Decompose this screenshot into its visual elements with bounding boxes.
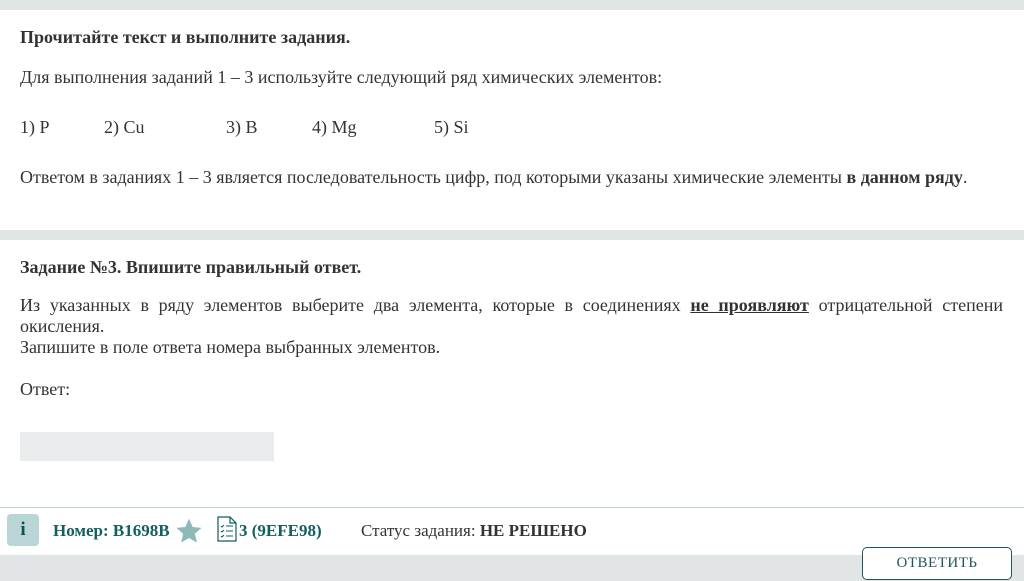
task-number: Номер: B1698B (53, 520, 170, 541)
task-line-3: Запишите в поле ответа номера выбранных … (20, 337, 1003, 358)
conclusion-end: . (963, 167, 968, 187)
answer-label: Ответ: (20, 379, 70, 400)
info-icon: i (20, 519, 25, 541)
info-button[interactable]: i (7, 514, 39, 546)
intro-conclusion: Ответом в заданиях 1 – 3 является послед… (20, 167, 967, 188)
task-line-1: Из указанных в ряду элементов выберите д… (20, 295, 1003, 316)
element-item: 3) B (226, 117, 258, 138)
element-item: 5) Si (434, 117, 469, 138)
element-item: 1) P (20, 117, 50, 138)
task-text: отрицательной степени (809, 295, 1003, 315)
task-emphasis: не проявляют (690, 295, 809, 315)
status-value: НЕ РЕШЕНО (480, 521, 587, 540)
star-icon[interactable] (175, 517, 203, 545)
section-separator (0, 230, 1024, 240)
intro-title: Прочитайте текст и выполните задания. (20, 27, 350, 48)
task-text: Из указанных в ряду элементов выберите д… (20, 295, 690, 315)
element-item: 2) Cu (104, 117, 145, 138)
footer-divider (0, 507, 1024, 508)
document-list-icon[interactable] (217, 516, 237, 542)
task-line-2: окисления. (20, 316, 1003, 337)
conclusion-text: Ответом в заданиях 1 – 3 является послед… (20, 167, 846, 187)
intro-instruction: Для выполнения заданий 1 – 3 используйте… (20, 67, 662, 88)
answer-input[interactable] (20, 432, 274, 461)
task-title: Задание №3. Впишите правильный ответ. (20, 257, 361, 278)
task-body: Из указанных в ряду элементов выберите д… (20, 295, 1003, 358)
conclusion-emphasis: в данном ряду (846, 167, 962, 187)
element-item: 4) Mg (312, 117, 357, 138)
submit-answer-button[interactable]: ОТВЕТИТЬ (862, 547, 1012, 580)
variant-link[interactable]: 3 (9EFE98) (239, 520, 322, 541)
task-status: Статус задания: НЕ РЕШЕНО (361, 520, 587, 541)
top-bar (0, 0, 1024, 10)
status-label: Статус задания: (361, 521, 480, 540)
